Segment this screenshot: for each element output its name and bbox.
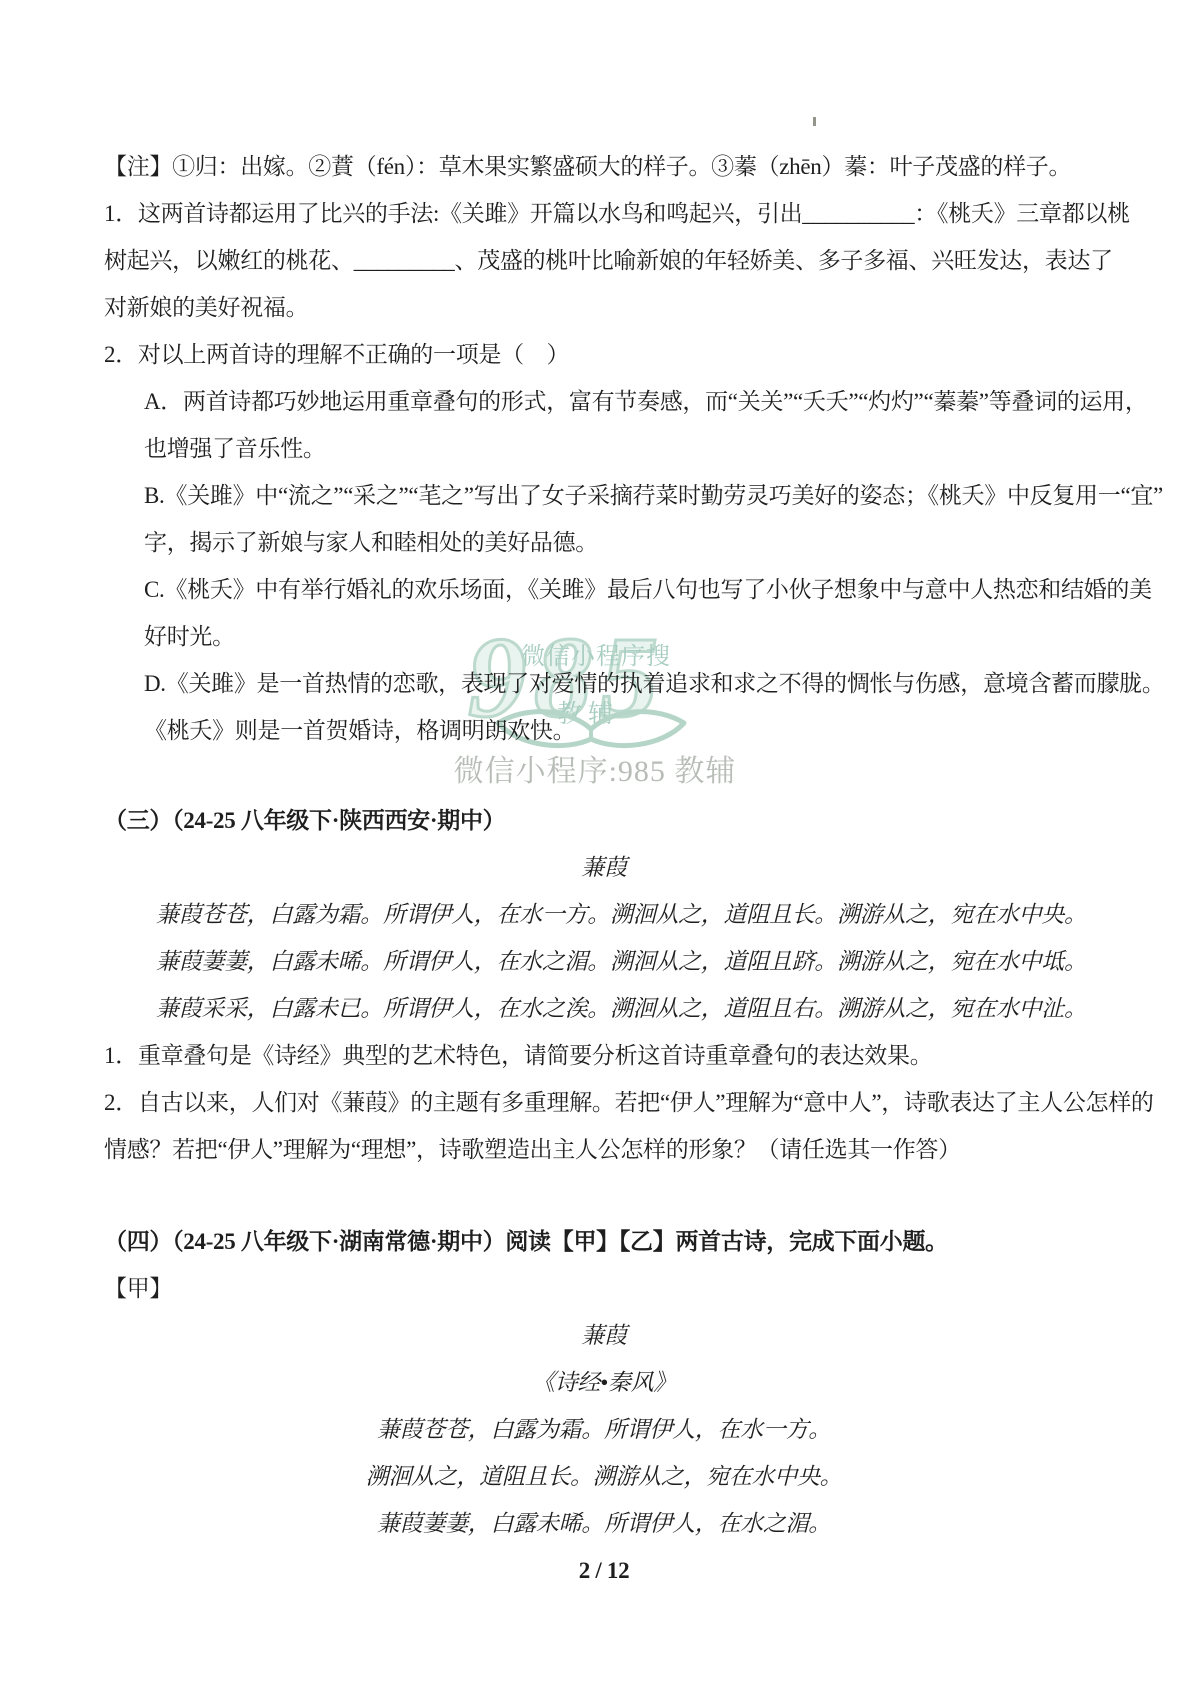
question2-stem: 2．对以上两首诗的理解不正确的一项是（ ） [104,331,1104,378]
section4-poem-line-1: 蒹葭苍苍，白露为霜。所谓伊人，在水一方。 [104,1406,1104,1453]
option-a-line-1: A．两首诗都巧妙地运用重章叠句的形式，富有节奏感，而“关关”“夭夭”“灼灼”“蓁… [104,378,1104,425]
option-c-line-2: 好时光。 [104,613,1104,660]
section4-poem-line-3: 蒹葭萋萋，白露未晞。所谓伊人，在水之湄。 [104,1500,1104,1547]
section4-poem-source: 《诗经•秦风》 [104,1359,1104,1406]
option-a-line-2: 也增强了音乐性。 [104,425,1104,472]
page-number: 2 / 12 [104,1547,1104,1594]
section4-poem-title: 蒹葭 [104,1312,1104,1359]
document-page: 985 微信小程序搜 教辅 微信小程序:985 教辅 【注】①归：出嫁。②蕡（f… [0,0,1190,1683]
option-c-line-1: C.《桃夭》中有举行婚礼的欢乐场面，《关雎》最后八句也写了小伙子想象中与意中人热… [104,566,1104,613]
section3-poem-line-1: 蒹葭苍苍，白露为霜。所谓伊人，在水一方。溯洄从之，道阻且长。溯游从之，宛在水中央… [104,891,1104,938]
question1-line-1: 1．这两首诗都运用了比兴的手法:《关雎》开篇以水鸟和鸣起兴，引出________… [104,190,1104,237]
option-b-line-1: B.《关雎》中“流之”“采之”“芼之”写出了女子采摘荇菜时勤劳灵巧美好的姿态；《… [104,472,1104,519]
section3-question-1: 1．重章叠句是《诗经》典型的艺术特色，请简要分析这首诗重章叠句的表达效果。 [104,1032,1104,1079]
document-content: 【注】①归：出嫁。②蕡（fén）：草木果实繁盛硕大的样子。③蓁（zhēn）蓁：叶… [0,0,1190,1594]
option-d-line-1: D.《关雎》是一首热情的恋歌，表现了对爱情的执着追求和求之不得的惆怅与伤感，意境… [104,660,1104,707]
section3-poem-line-3: 蒹葭采采，白露未已。所谓伊人，在水之涘。溯洄从之，道阻且右。溯游从之，宛在水中沚… [104,985,1104,1032]
section3-question-2-line-2: 情感？若把“伊人”理解为“理想”，诗歌塑造出主人公怎样的形象？（请任选其一作答） [104,1126,1104,1173]
note-line: 【注】①归：出嫁。②蕡（fén）：草木果实繁盛硕大的样子。③蓁（zhēn）蓁：叶… [104,143,1104,190]
section3-question-2-line-1: 2．自古以来，人们对《蒹葭》的主题有多重理解。若把“伊人”理解为“意中人”，诗歌… [104,1079,1104,1126]
section3-poem-title: 蒹葭 [104,844,1104,891]
option-d-line-2: 《桃夭》则是一首贺婚诗，格调明朗欢快。 [104,707,1104,754]
jia-label: 【甲】 [104,1265,1104,1312]
question1-line-3: 对新娘的美好祝福。 [104,284,1104,331]
option-b-line-2: 字，揭示了新娘与家人和睦相处的美好品德。 [104,519,1104,566]
section3-poem-line-2: 蒹葭萋萋，白露未晞。所谓伊人，在水之湄。溯洄从之，道阻且跻。溯游从之，宛在水中坻… [104,938,1104,985]
section4-heading: （四）（24-25 八年级下·湖南常德·期中）阅读【甲】【乙】两首古诗，完成下面… [104,1218,1104,1265]
section3-heading: （三）（24-25 八年级下·陕西西安·期中） [104,797,1104,844]
question1-line-2: 树起兴，以嫩红的桃花、_________、茂盛的桃叶比喻新娘的年轻娇美、多子多福… [104,237,1104,284]
section4-poem-line-2: 溯洄从之，道阻且长。溯游从之，宛在水中央。 [104,1453,1104,1500]
